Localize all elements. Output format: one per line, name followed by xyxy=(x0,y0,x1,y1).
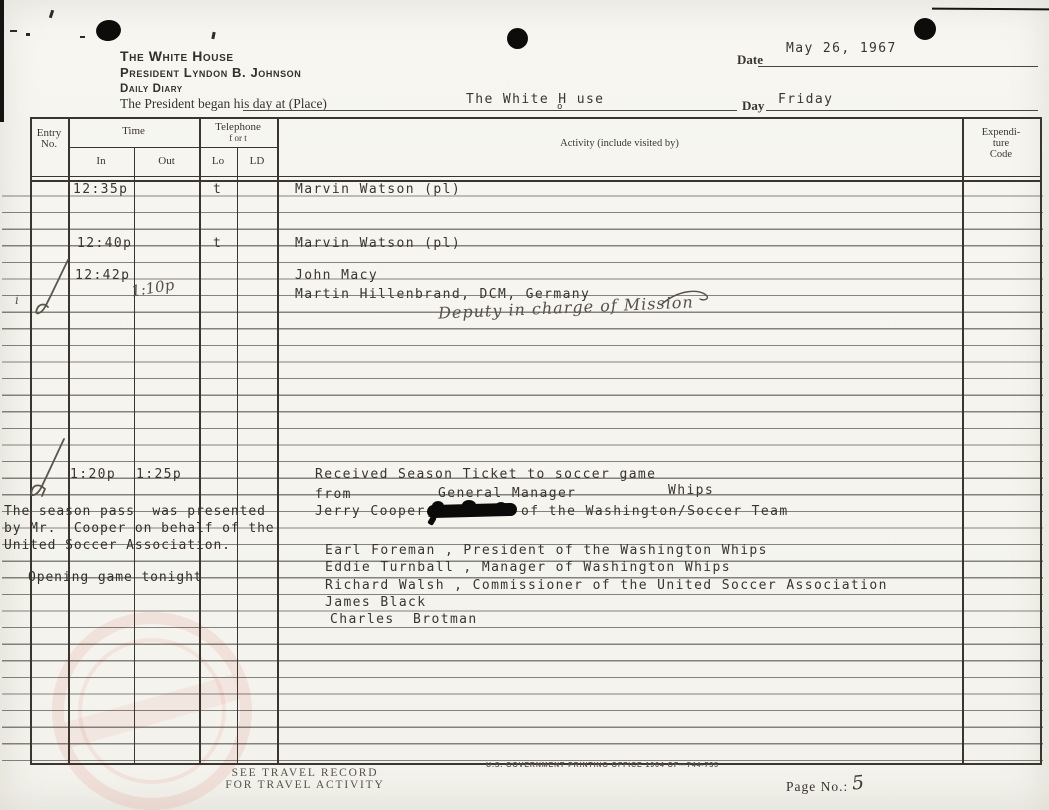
col-header-time: Time xyxy=(68,126,199,137)
stray-mark xyxy=(80,36,85,38)
expenditure-label-line3: Code xyxy=(990,149,1012,160)
daily-diary-scanned-page: The White House President Lyndon B. John… xyxy=(0,0,1049,810)
margin-note-line: by Mr. Cooper on behalf of the xyxy=(4,521,275,536)
col-header-telephone: Telephone f or t xyxy=(199,122,277,144)
day-label: Day xyxy=(742,98,764,114)
entry-label-line2: No. xyxy=(41,138,57,150)
page-number-label: Page No.: xyxy=(786,779,848,795)
guest-name: Eddie Turnball , Manager of Washington W… xyxy=(325,560,731,575)
org-name: The White House xyxy=(120,48,234,64)
entry-telephone-type: t xyxy=(213,236,222,251)
margin-note-line: United Soccer Association. xyxy=(4,538,231,553)
entry-time-in: 12:35p xyxy=(73,182,128,197)
president-name: President Lyndon B. Johnson xyxy=(120,65,301,80)
day-underline xyxy=(766,110,1038,111)
col-header-ld: LD xyxy=(237,156,277,167)
stray-mark xyxy=(49,10,54,19)
col-header-expenditure: Expendi- ture Code xyxy=(962,127,1040,160)
hole-punch-icon xyxy=(507,28,528,49)
header-bottom-line-1 xyxy=(30,176,1040,177)
col-header-lo: Lo xyxy=(199,156,237,167)
scan-edge-left xyxy=(0,0,4,122)
entry-time-out: 1:25p xyxy=(136,467,182,482)
diary-title: Daily Diary xyxy=(120,83,183,95)
hole-punch-icon xyxy=(914,18,936,40)
hole-punch-icon xyxy=(95,18,123,42)
travel-note-line1: SEE TRAVEL RECORD xyxy=(232,767,379,779)
col-header-entry-no: Entry No. xyxy=(30,128,68,150)
col-divider-time-telephone xyxy=(199,117,201,765)
date-underline xyxy=(758,66,1038,67)
telephone-label-line1: Telephone xyxy=(215,121,261,133)
table-right-border xyxy=(1040,117,1042,765)
entry-time-in: 1:20p xyxy=(70,467,116,482)
stray-mark xyxy=(211,32,215,39)
stray-mark xyxy=(26,33,30,36)
table-top-border xyxy=(30,117,1040,119)
expenditure-label-line2: ture xyxy=(993,138,1009,149)
place-underline xyxy=(243,110,737,111)
stray-mark xyxy=(10,30,17,32)
stray-handwriting-mark: i xyxy=(15,293,19,307)
entry-activity-from: from xyxy=(315,487,352,502)
handwritten-checkmark-icon xyxy=(32,258,74,320)
col-header-activity: Activity (include visited by) xyxy=(277,138,962,149)
place-value: The White H use xyxy=(466,92,604,107)
guest-name: James Black xyxy=(325,595,427,610)
entry-activity-team: Whips xyxy=(668,483,714,498)
travel-note-line2: FOR TRAVEL ACTIVITY xyxy=(225,779,384,791)
margin-note-opening-game: Opening game tonight xyxy=(28,570,203,585)
entry-activity-rest: of the Washington/Soccer Team xyxy=(521,504,789,519)
redaction-bump xyxy=(462,500,476,510)
col-divider-in-out xyxy=(134,147,135,765)
gpo-imprint: U.S. GOVERNMENT PRINTING OFFICE 1964 OF—… xyxy=(486,762,719,769)
guest-name: Richard Walsh , Commissioner of the Unit… xyxy=(325,578,888,593)
col-header-in: In xyxy=(68,156,134,167)
redaction-bump xyxy=(495,502,507,511)
telephone-label-line2: f or t xyxy=(229,133,247,143)
date-value: May 26, 1967 xyxy=(786,41,897,56)
redaction-bump xyxy=(432,501,444,511)
scan-edge-top-right xyxy=(932,8,1049,11)
entry-activity-title: General Manager xyxy=(438,486,576,501)
col-divider-telephone-activity xyxy=(277,117,279,765)
place-typo-o: o xyxy=(557,102,562,112)
entry-activity: John Macy xyxy=(295,268,378,283)
entry-telephone-type: t xyxy=(213,182,222,197)
subheader-divider xyxy=(68,147,277,148)
handwriting-flourish-icon xyxy=(660,288,710,308)
entry-activity: Marvin Watson (pl) xyxy=(295,236,461,251)
travel-record-note: SEE TRAVEL RECORD FOR TRAVEL ACTIVITY xyxy=(200,767,410,791)
header-bottom-line-2 xyxy=(30,180,1040,182)
entry-activity: Received Season Ticket to soccer game xyxy=(315,467,656,482)
guest-name: Earl Foreman , President of the Washingt… xyxy=(325,543,768,558)
entry-activity-name: Jerry Cooper, xyxy=(315,504,435,519)
entry-time-in: 12:40p xyxy=(77,236,132,251)
page-number-value: 5 xyxy=(851,771,865,794)
entry-activity: Marvin Watson (pl) xyxy=(295,182,461,197)
col-header-out: Out xyxy=(134,156,199,167)
handwritten-checkmark-icon xyxy=(28,436,70,502)
expenditure-label-line1: Expendi- xyxy=(982,127,1021,138)
guest-name: Charles Brotman xyxy=(330,612,478,627)
col-divider-lo-ld xyxy=(237,147,238,765)
day-value: Friday xyxy=(778,92,833,107)
entry-time-in: 12:42p xyxy=(75,268,130,283)
margin-note-line: The season pass was presented xyxy=(4,504,266,519)
col-divider-activity-expenditure xyxy=(962,117,964,765)
